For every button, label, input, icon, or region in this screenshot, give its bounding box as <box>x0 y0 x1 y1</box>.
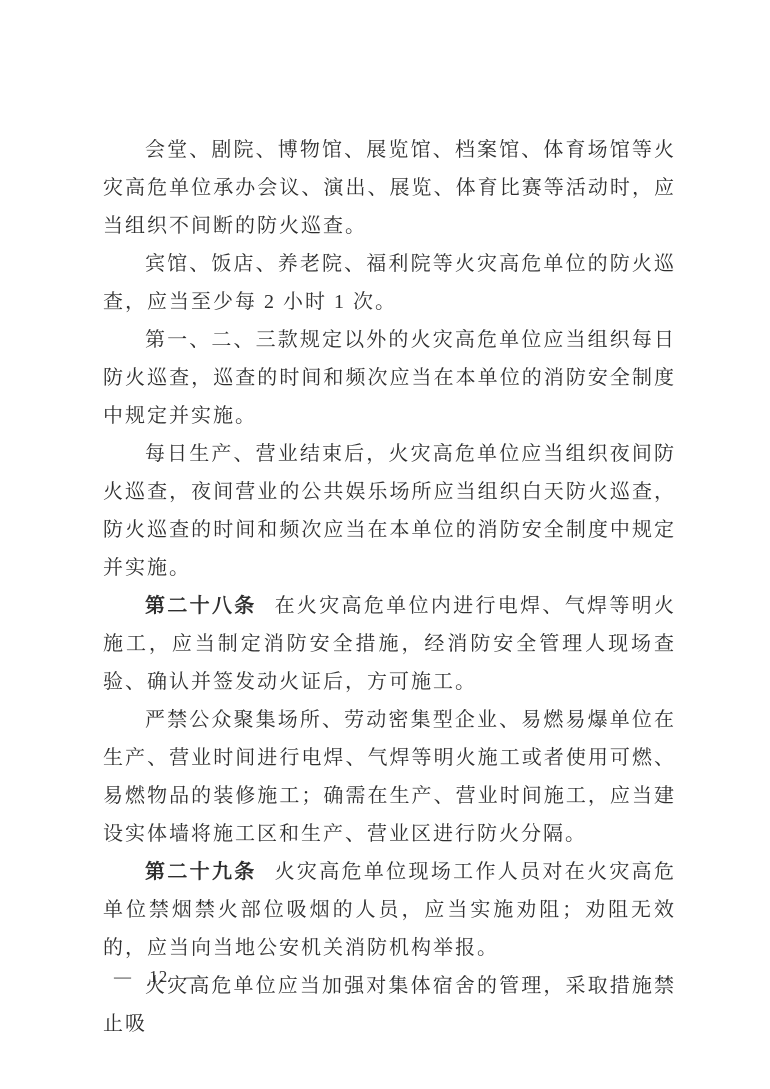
paragraph: 宾馆、饭店、养老院、福利院等火灾高危单位的防火巡查，应当至少每 2 小时 1 次… <box>103 245 676 321</box>
paragraph-text: 严禁公众聚集场所、劳动密集型企业、易燃易爆单位在生产、营业时间进行电焊、气焊等明… <box>103 709 676 845</box>
article-number: 第二十九条 <box>145 861 257 883</box>
document-page: 会堂、剧院、博物馆、展览馆、档案馆、体育场馆等火灾高危单位承办会议、演出、展览、… <box>0 0 770 1089</box>
paragraph-article-28: 第二十八条在火灾高危单位内进行电焊、气焊等明火施工，应当制定消防安全措施，经消防… <box>103 587 676 701</box>
paragraph: 每日生产、营业结束后，火灾高危单位应当组织夜间防火巡查，夜间营业的公共娱乐场所应… <box>103 435 676 587</box>
paragraph-text: 会堂、剧院、博物馆、展览馆、档案馆、体育场馆等火灾高危单位承办会议、演出、展览、… <box>103 139 676 237</box>
paragraph: 严禁公众聚集场所、劳动密集型企业、易燃易爆单位在生产、营业时间进行电焊、气焊等明… <box>103 701 676 853</box>
paragraph: 会堂、剧院、博物馆、展览馆、档案馆、体育场馆等火灾高危单位承办会议、演出、展览、… <box>103 131 676 245</box>
page-number: — 12 — <box>114 967 204 986</box>
document-content: 会堂、剧院、博物馆、展览馆、档案馆、体育场馆等火灾高危单位承办会议、演出、展览、… <box>103 131 676 1043</box>
paragraph-text: 每日生产、营业结束后，火灾高危单位应当组织夜间防火巡查，夜间营业的公共娱乐场所应… <box>103 443 676 579</box>
article-number: 第二十八条 <box>145 595 257 617</box>
paragraph-text: 宾馆、饭店、养老院、福利院等火灾高危单位的防火巡查，应当至少每 2 小时 1 次… <box>103 253 676 313</box>
paragraph: 第一、二、三款规定以外的火灾高危单位应当组织每日防火巡查，巡查的时间和频次应当在… <box>103 321 676 435</box>
page-footer: — 12 — <box>114 964 204 990</box>
paragraph-article-29: 第二十九条火灾高危单位现场工作人员对在火灾高危单位禁烟禁火部位吸烟的人员，应当实… <box>103 853 676 967</box>
paragraph-text: 第一、二、三款规定以外的火灾高危单位应当组织每日防火巡查，巡查的时间和频次应当在… <box>103 329 676 427</box>
